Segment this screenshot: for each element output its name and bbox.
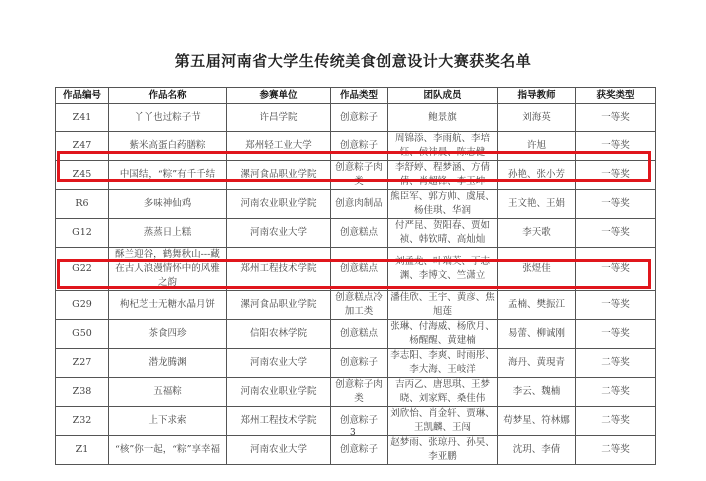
cell-members: 付严昆、贺阳春、贾如祯、韩钦晴、高灿灿	[388, 219, 498, 248]
cell-members: 周锦添、李雨航、李培钰、侯祎晨、陈志健	[388, 132, 498, 161]
cell-type: 创意粽子	[331, 407, 388, 436]
document-title: 第五届河南省大学生传统美食创意设计大赛获奖名单	[0, 50, 706, 71]
page-number: 3	[350, 428, 356, 438]
cell-advisor: 苟梦星、符林娜	[498, 407, 576, 436]
cell-advisor: 张煜佳	[498, 248, 576, 291]
cell-members: 李志阳、李爽、时雨彤、李大海、王岐洋	[388, 349, 498, 378]
header-school: 参赛单位	[227, 88, 331, 104]
table-row-highlighted: G29枸杞芝士无糖水晶月饼漯河食品职业学院创意糕点冷加工类潘佳欣、王宇、黄彦、焦…	[56, 291, 656, 320]
cell-id: R6	[56, 190, 109, 219]
cell-name: 上下求索	[109, 407, 227, 436]
cell-name: “核”你一起，“粽”享幸福	[109, 436, 227, 465]
cell-award: 一等奖	[576, 190, 656, 219]
cell-school: 漯河食品职业学院	[227, 161, 331, 190]
cell-id: G29	[56, 291, 109, 320]
cell-advisor: 刘海英	[498, 104, 576, 132]
cell-advisor: 易蕾、柳诚刚	[498, 320, 576, 349]
cell-id: Z45	[56, 161, 109, 190]
cell-id: Z47	[56, 132, 109, 161]
cell-advisor: 沈玥、李倩	[498, 436, 576, 465]
cell-advisor: 孟楠、樊振江	[498, 291, 576, 320]
cell-name: 枸杞芝士无糖水晶月饼	[109, 291, 227, 320]
cell-id: Z27	[56, 349, 109, 378]
table-row: Z27潜龙腾渊河南农业大学创意粽子李志阳、李爽、时雨彤、李大海、王岐洋海丹、黄現…	[56, 349, 656, 378]
cell-name: 中国结，“粽”有千千结	[109, 161, 227, 190]
awards-table: 作品编号 作品名称 参赛单位 作品类型 团队成员 指导教师 获奖类型 Z41丫丫…	[55, 87, 656, 465]
cell-advisor: 许旭	[498, 132, 576, 161]
table-row: Z1“核”你一起，“粽”享幸福河南农业大学创意粽子赵梦雨、张琼丹、孙昊、李亚鹏沈…	[56, 436, 656, 465]
table-row: Z38五福粽河南农业职业学院创意粽子肉类吉丙乙、唐思琪、王梦晓、刘家辉、桑佳伟李…	[56, 378, 656, 407]
table-row: G22酥兰迎谷，鹤舞秋山---藏在古人浪漫情怀中的风雅之韵郑州工程技术学院创意糕…	[56, 248, 656, 291]
cell-school: 河南农业职业学院	[227, 378, 331, 407]
header-advisor: 指导教师	[498, 88, 576, 104]
cell-name: 紫米高蛋白药膳粽	[109, 132, 227, 161]
cell-members: 刘欣怡、肖金轩、贾琳、王凯麟、王闯	[388, 407, 498, 436]
cell-school: 漯河食品职业学院	[227, 291, 331, 320]
cell-award: 二等奖	[576, 436, 656, 465]
cell-members: 潘佳欣、王宇、黄彦、焦旭莲	[388, 291, 498, 320]
table-row-highlighted: Z45中国结，“粽”有千千结漯河食品职业学院创意粽子肉类李舒婷、程梦涵、方倩倩、…	[56, 161, 656, 190]
cell-name: 五福粽	[109, 378, 227, 407]
table-row: G12蒸蒸日上糕河南农业大学创意糕点付严昆、贺阳春、贾如祯、韩钦晴、高灿灿李天歌…	[56, 219, 656, 248]
cell-members: 赵梦雨、张琼丹、孙昊、李亚鹏	[388, 436, 498, 465]
cell-advisor: 孙艳、张小芳	[498, 161, 576, 190]
cell-award: 一等奖	[576, 291, 656, 320]
cell-type: 创意粽子	[331, 104, 388, 132]
cell-id: Z38	[56, 378, 109, 407]
table-row: Z47紫米高蛋白药膳粽郑州轻工业大学创意粽子周锦添、李雨航、李培钰、侯祎晨、陈志…	[56, 132, 656, 161]
cell-members: 刘孟龙、叶瑞英、丁志渊、李博文、竺潇立	[388, 248, 498, 291]
cell-school: 许昌学院	[227, 104, 331, 132]
cell-school: 郑州工程技术学院	[227, 248, 331, 291]
cell-name: 多味神仙鸡	[109, 190, 227, 219]
cell-award: 二等奖	[576, 407, 656, 436]
cell-award: 一等奖	[576, 320, 656, 349]
cell-award: 二等奖	[576, 378, 656, 407]
header-members: 团队成员	[388, 88, 498, 104]
cell-type: 创意粽子肉类	[331, 378, 388, 407]
cell-school: 信阳农林学院	[227, 320, 331, 349]
cell-type: 创意粽子	[331, 349, 388, 378]
cell-school: 郑州轻工业大学	[227, 132, 331, 161]
header-award: 获奖类型	[576, 88, 656, 104]
cell-type: 创意糕点	[331, 219, 388, 248]
cell-id: Z1	[56, 436, 109, 465]
cell-type: 创意粽子	[331, 132, 388, 161]
cell-members: 吉丙乙、唐思琪、王梦晓、刘家辉、桑佳伟	[388, 378, 498, 407]
cell-award: 一等奖	[576, 161, 656, 190]
table-row: Z41丫丫也过粽子节许昌学院创意粽子鲍景旗刘海英一等奖	[56, 104, 656, 132]
cell-name: 茶食四珍	[109, 320, 227, 349]
cell-id: G50	[56, 320, 109, 349]
cell-type: 创意粽子肉类	[331, 161, 388, 190]
cell-advisor: 李云、魏楠	[498, 378, 576, 407]
cell-name: 酥兰迎谷，鹤舞秋山---藏在古人浪漫情怀中的风雅之韵	[109, 248, 227, 291]
cell-school: 河南农业大学	[227, 436, 331, 465]
cell-advisor: 王文艳、王娟	[498, 190, 576, 219]
cell-members: 张琳、付海威、杨欣月、杨醒醒、黄建楠	[388, 320, 498, 349]
cell-type: 创意糕点	[331, 320, 388, 349]
cell-id: Z32	[56, 407, 109, 436]
cell-id: G12	[56, 219, 109, 248]
cell-name: 蒸蒸日上糕	[109, 219, 227, 248]
cell-type: 创意糕点	[331, 248, 388, 291]
header-name: 作品名称	[109, 88, 227, 104]
cell-type: 创意糕点冷加工类	[331, 291, 388, 320]
cell-award: 一等奖	[576, 104, 656, 132]
cell-type: 创意粽子	[331, 436, 388, 465]
cell-members: 李舒婷、程梦涵、方倩倩、肖超锋、李玉坤	[388, 161, 498, 190]
cell-advisor: 李天歌	[498, 219, 576, 248]
cell-advisor: 海丹、黄現青	[498, 349, 576, 378]
cell-type: 创意肉制品	[331, 190, 388, 219]
cell-members: 熊臣军、郭方帅、虞展、杨佳琪、华润	[388, 190, 498, 219]
cell-award: 一等奖	[576, 248, 656, 291]
cell-id: G22	[56, 248, 109, 291]
cell-award: 一等奖	[576, 219, 656, 248]
header-id: 作品编号	[56, 88, 109, 104]
cell-school: 郑州工程技术学院	[227, 407, 331, 436]
cell-members: 鲍景旗	[388, 104, 498, 132]
table-row: G50茶食四珍信阳农林学院创意糕点张琳、付海威、杨欣月、杨醒醒、黄建楠易蕾、柳诚…	[56, 320, 656, 349]
table-row: R6多味神仙鸡河南农业职业学院创意肉制品熊臣军、郭方帅、虞展、杨佳琪、华润王文艳…	[56, 190, 656, 219]
header-type: 作品类型	[331, 88, 388, 104]
cell-name: 潜龙腾渊	[109, 349, 227, 378]
cell-school: 河南农业职业学院	[227, 190, 331, 219]
table-header-row: 作品编号 作品名称 参赛单位 作品类型 团队成员 指导教师 获奖类型	[56, 88, 656, 104]
cell-award: 一等奖	[576, 132, 656, 161]
cell-id: Z41	[56, 104, 109, 132]
cell-award: 二等奖	[576, 349, 656, 378]
cell-name: 丫丫也过粽子节	[109, 104, 227, 132]
cell-school: 河南农业大学	[227, 349, 331, 378]
cell-school: 河南农业大学	[227, 219, 331, 248]
